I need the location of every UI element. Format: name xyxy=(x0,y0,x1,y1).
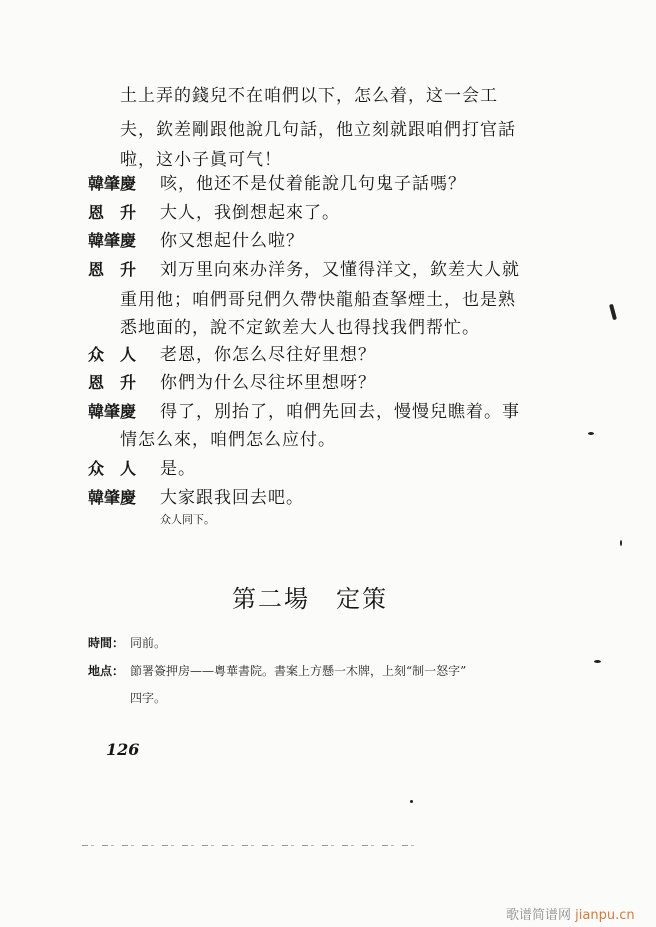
speaker-name: 恩 升 xyxy=(88,373,136,393)
speaker-name: 众 人 xyxy=(88,345,136,365)
dialogue-line: 咳，他还不是仗着能說几句鬼子話嗎？ xyxy=(160,174,466,194)
place-text-continued: 四字。 xyxy=(130,690,166,706)
time-label: 時間： xyxy=(88,635,124,651)
page-number: 126 xyxy=(106,740,139,759)
speaker-name: 韓肇慶 xyxy=(88,402,136,422)
speaker-name: 恩 升 xyxy=(88,260,136,280)
time-text: 同前。 xyxy=(130,635,166,651)
dialogue-line: 情怎么來，咱們怎么应付。 xyxy=(120,430,336,450)
place-label: 地点： xyxy=(88,663,124,679)
speaker-name: 众 人 xyxy=(88,459,136,479)
speaker-name: 恩 升 xyxy=(88,203,136,223)
scan-speck xyxy=(410,800,413,803)
dialogue-line: 大家跟我回去吧。 xyxy=(160,488,304,508)
scan-speck xyxy=(594,660,601,663)
text-line: 土上弄的錢兒不在咱們以下，怎么着，这一会工 xyxy=(120,86,498,106)
speaker-name: 韓肇慶 xyxy=(88,231,136,251)
scan-line-artifact xyxy=(82,845,422,846)
dialogue-line: 重用他；咱們哥兒們久帶快龍船查拏煙土，也是熟 xyxy=(120,290,516,310)
scene-title: 第二場 定策 xyxy=(232,584,388,614)
scan-speck xyxy=(609,304,617,320)
watermark-en: jianpu.cn xyxy=(575,908,634,923)
dialogue-line: 悉地面的，說不定欽差大人也得找我們帮忙。 xyxy=(120,318,480,338)
speaker-name: 韓肇慶 xyxy=(88,488,136,508)
text-line: 啦，这小子眞可气！ xyxy=(120,150,282,170)
stage-direction: 众人同下。 xyxy=(160,513,215,527)
dialogue-line: 你又想起什么啦？ xyxy=(160,231,304,251)
dialogue-line: 得了，別抬了，咱們先回去，慢慢兒瞧着。事 xyxy=(160,402,520,422)
dialogue-line: 大人，我倒想起來了。 xyxy=(160,203,340,223)
watermark-cn: 歌谱简谱网 xyxy=(506,908,571,923)
dialogue-line: 是。 xyxy=(160,459,196,479)
scan-speck xyxy=(620,540,622,546)
text-line: 夫，欽差剛跟他說几句話，他立刻就跟咱們打官話 xyxy=(120,120,516,140)
watermark: 歌谱简谱网 jianpu.cn xyxy=(506,904,635,923)
scan-speck xyxy=(588,432,594,435)
speaker-name: 韓肇慶 xyxy=(88,174,136,194)
dialogue-line: 老恩，你怎么尽往好里想？ xyxy=(160,345,376,365)
dialogue-line: 刘万里向來办洋务，又懂得洋文，欽差大人就 xyxy=(160,260,520,280)
place-text: 節署簽押房——粵華書院。書案上方懸一木牌，上刻“制一怒字” xyxy=(130,663,466,679)
dialogue-line: 你們为什么尽往坏里想呀？ xyxy=(160,373,376,393)
